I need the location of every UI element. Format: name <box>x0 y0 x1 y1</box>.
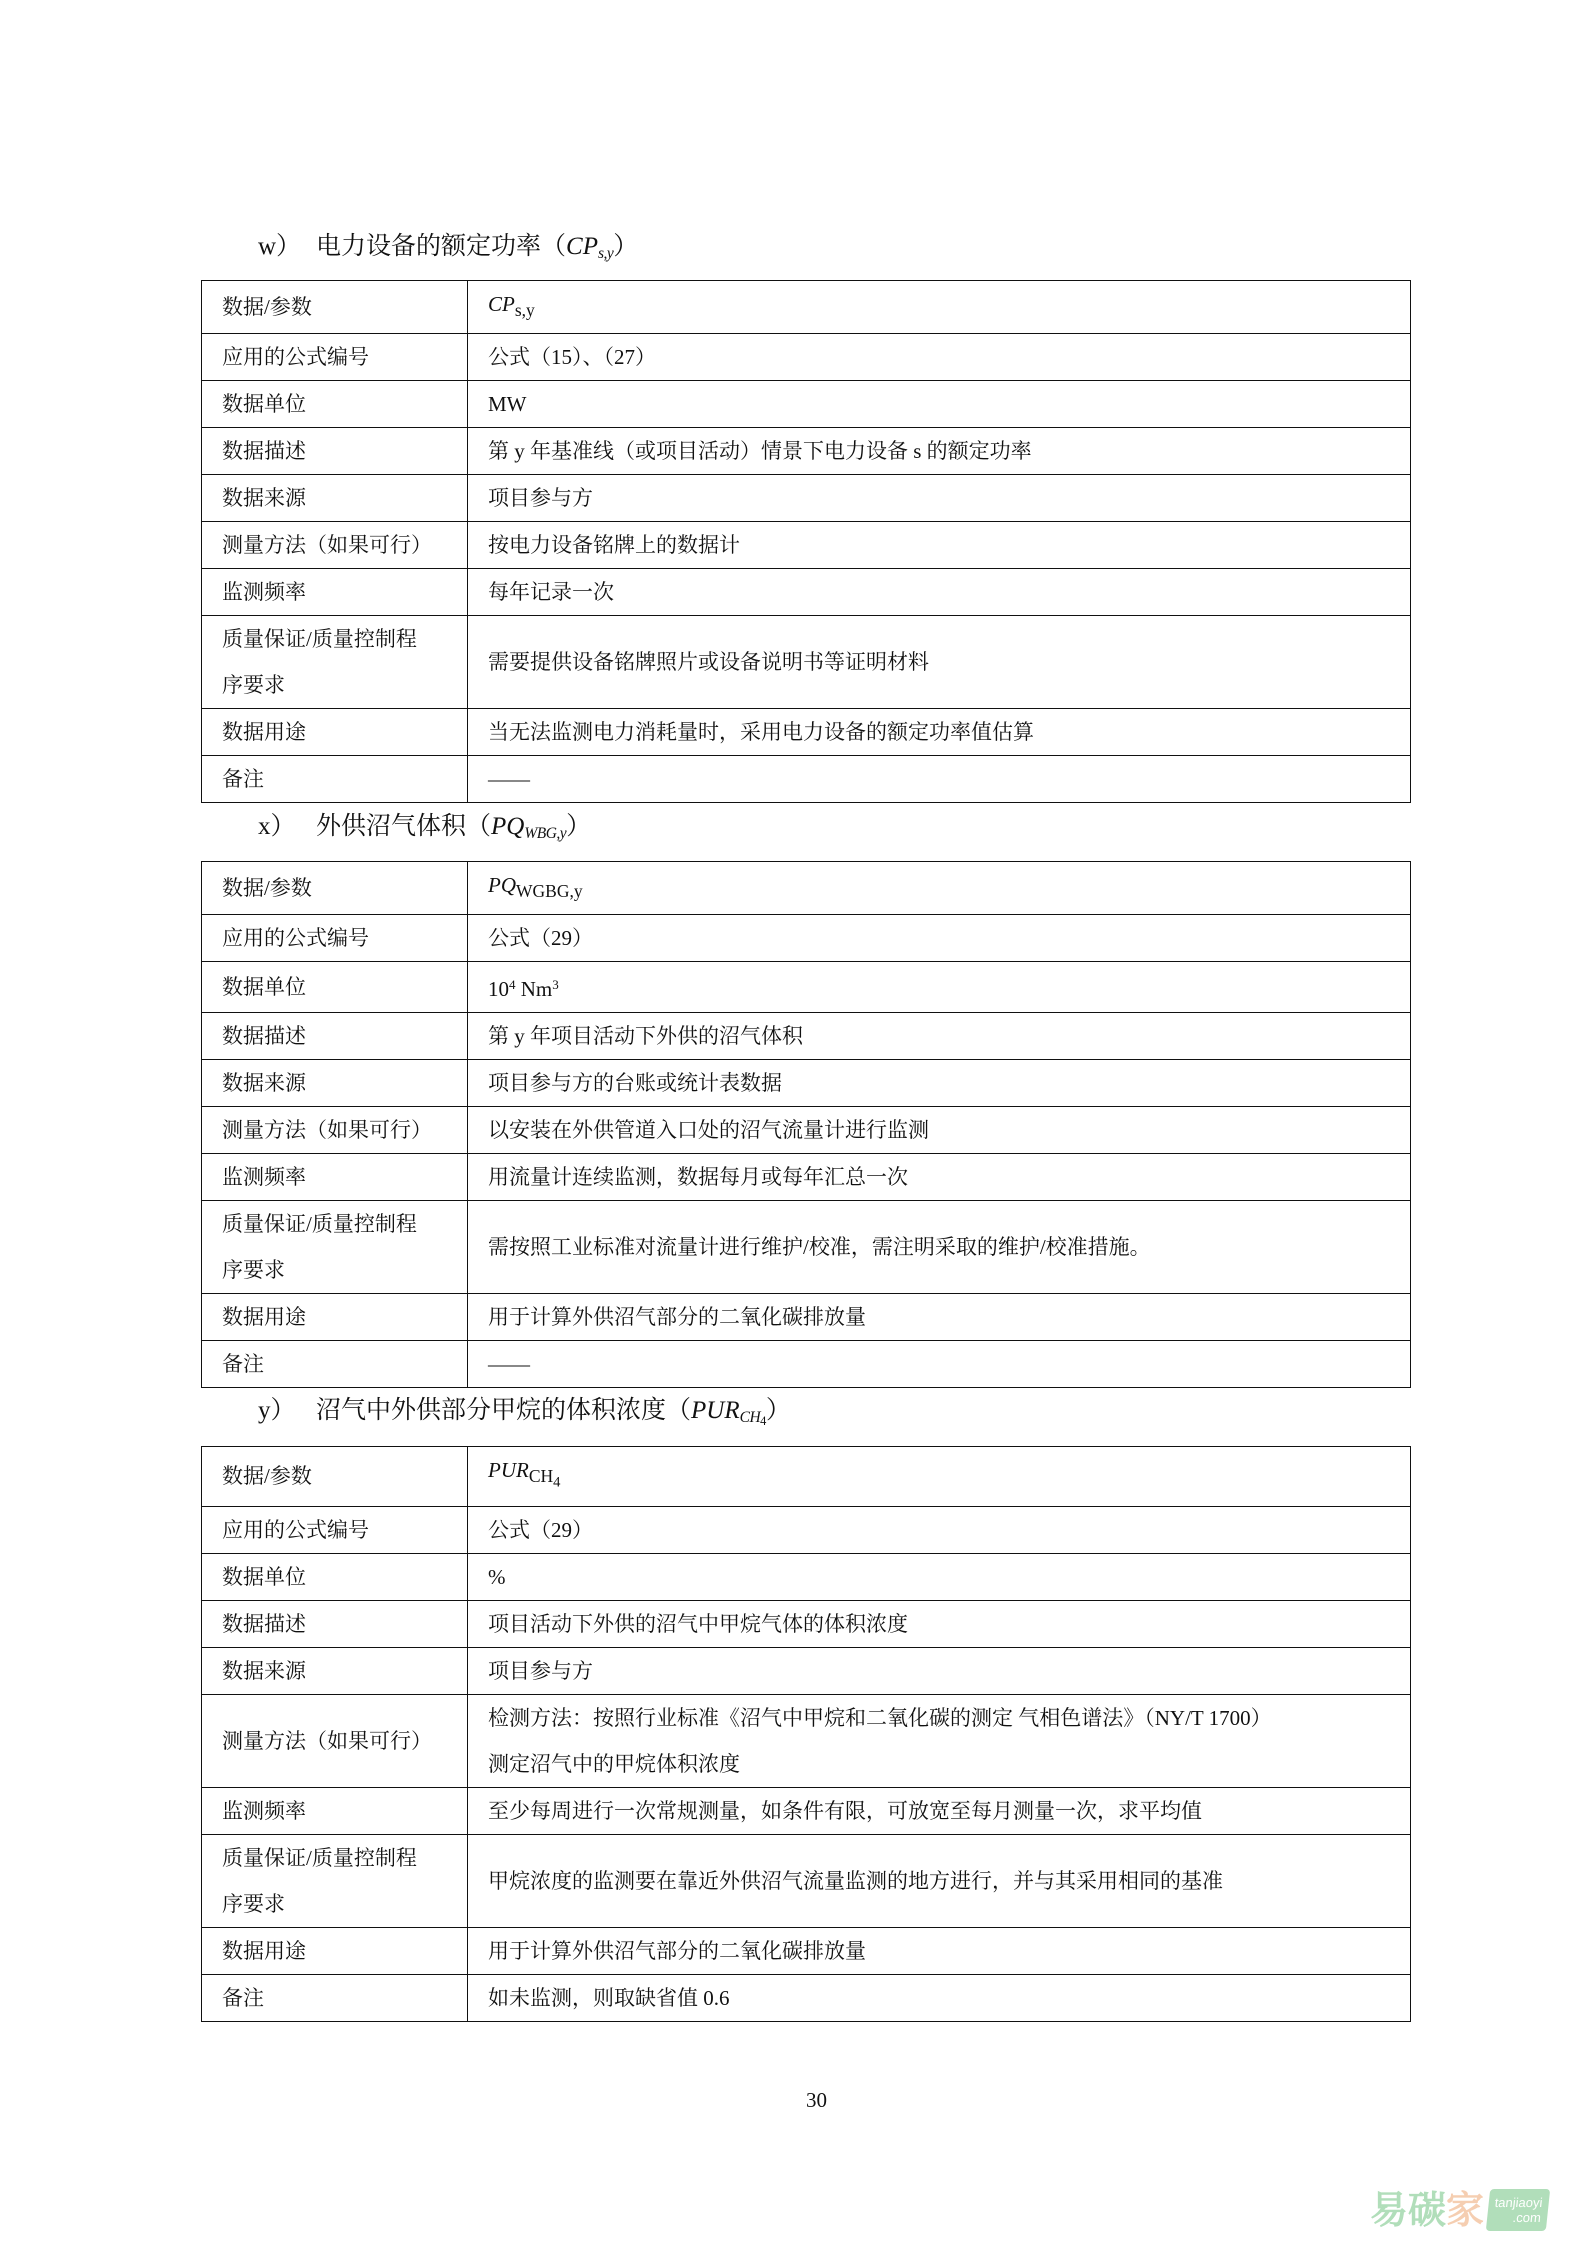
section-title: 外供沼气体积（ <box>316 813 491 840</box>
table-row: 数据单位 % <box>202 1553 1411 1600</box>
section-title: 沼气中外供部分甲烷的体积浓度（ <box>316 1397 691 1424</box>
table-row: 数据用途 当无法监测电力消耗量时，采用电力设备的额定功率值估算 <box>202 709 1411 756</box>
row-key-line: 质量保证/质量控制程 <box>222 616 467 662</box>
row-value: 以安装在外供管道入口处的沼气流量计进行监测 <box>468 1107 1411 1154</box>
table-row: 备注 如未监测，则取缺省值 0.6 <box>202 1974 1411 2021</box>
row-key: 数据用途 <box>202 1294 468 1341</box>
row-value: 检测方法：按照行业标准《沼气中甲烷和二氧化碳的测定 气相色谱法》（NY/T 17… <box>468 1694 1411 1787</box>
row-value: 104 Nm3 <box>468 962 1411 1013</box>
row-value: 项目参与方 <box>468 475 1411 522</box>
row-value: 公式（29） <box>468 1506 1411 1553</box>
unit-base: 10 <box>488 977 509 1001</box>
watermark-badge-line: tanjiaoyi <box>1494 2195 1543 2210</box>
row-key-line: 序要求 <box>222 662 467 708</box>
table-row: 数据来源 项目参与方 <box>202 475 1411 522</box>
table-row: 数据描述 第 y 年项目活动下外供的沼气体积 <box>202 1013 1411 1060</box>
row-key: 应用的公式编号 <box>202 915 468 962</box>
row-key: 监测频率 <box>202 569 468 616</box>
table-row: 数据/参数 PURCH4 <box>202 1447 1411 1507</box>
table-row: 监测频率 用流量计连续监测，数据每月或每年汇总一次 <box>202 1154 1411 1201</box>
row-key: 数据描述 <box>202 428 468 475</box>
section-title-close: ） <box>613 233 638 260</box>
row-value: 甲烷浓度的监测要在靠近外供沼气流量监测的地方进行，并与其采用相同的基准 <box>468 1834 1411 1927</box>
table-row: 应用的公式编号 公式（29） <box>202 1506 1411 1553</box>
watermark-logo: 易 碳 家 tanjiaoyi .com <box>1370 2180 1585 2240</box>
section-heading-y: y）沼气中外供部分甲烷的体积浓度（PURCH4） <box>258 1396 791 1436</box>
table-row: 监测频率 每年记录一次 <box>202 569 1411 616</box>
row-value: MW <box>468 381 1411 428</box>
row-value: 按电力设备铭牌上的数据计 <box>468 522 1411 569</box>
row-key: 数据/参数 <box>202 862 468 915</box>
table-row: 备注 —— <box>202 1341 1411 1388</box>
section-symbol: PQ <box>491 813 524 840</box>
table-row: 数据来源 项目参与方 <box>202 1647 1411 1694</box>
row-value: 需按照工业标准对流量计进行维护/校准，需注明采取的维护/校准措施。 <box>468 1201 1411 1294</box>
row-key: 数据用途 <box>202 709 468 756</box>
row-key: 质量保证/质量控制程序要求 <box>202 1834 468 1927</box>
table-row: 监测频率 至少每周进行一次常规测量，如条件有限，可放宽至每月测量一次，求平均值 <box>202 1787 1411 1834</box>
parameter-table-cp: 数据/参数 CPs,y 应用的公式编号 公式（15）、（27） 数据单位 MW … <box>201 280 1411 803</box>
parameter-subscript: s,y <box>515 300 535 320</box>
unit-name: Nm <box>516 977 553 1001</box>
section-symbol: PUR <box>691 1397 740 1424</box>
section-subscript-text: CH <box>740 1409 761 1426</box>
row-key: 应用的公式编号 <box>202 334 468 381</box>
row-key: 质量保证/质量控制程序要求 <box>202 1201 468 1294</box>
row-key: 数据描述 <box>202 1600 468 1647</box>
table-row: 质量保证/质量控制程序要求 需按照工业标准对流量计进行维护/校准，需注明采取的维… <box>202 1201 1411 1294</box>
table-row: 数据来源 项目参与方的台账或统计表数据 <box>202 1060 1411 1107</box>
section-title-close: ） <box>566 813 591 840</box>
row-value: 项目活动下外供的沼气中甲烷气体的体积浓度 <box>468 1600 1411 1647</box>
row-key: 质量保证/质量控制程序要求 <box>202 616 468 709</box>
section-title: 电力设备的额定功率（ <box>316 233 566 260</box>
parameter-subscript-text: CH <box>529 1466 553 1486</box>
parameter-symbol: PUR <box>488 1458 529 1482</box>
row-value: 如未监测，则取缺省值 0.6 <box>468 1974 1411 2021</box>
parameter-symbol: CP <box>488 292 515 316</box>
row-key: 数据单位 <box>202 1553 468 1600</box>
section-label: y） <box>258 1396 316 1426</box>
row-key: 应用的公式编号 <box>202 1506 468 1553</box>
row-value: 公式（29） <box>468 915 1411 962</box>
row-key: 数据/参数 <box>202 1447 468 1507</box>
row-key: 监测频率 <box>202 1787 468 1834</box>
table-row: 数据单位 104 Nm3 <box>202 962 1411 1013</box>
row-key: 数据来源 <box>202 1647 468 1694</box>
row-value: 用流量计连续监测，数据每月或每年汇总一次 <box>468 1154 1411 1201</box>
parameter-subscript: WGBG,y <box>516 881 583 901</box>
row-key-line: 序要求 <box>222 1247 467 1293</box>
watermark-badge-line: .com <box>1492 2210 1541 2225</box>
row-key: 测量方法（如果可行） <box>202 522 468 569</box>
row-key: 备注 <box>202 756 468 803</box>
table-row: 质量保证/质量控制程序要求 甲烷浓度的监测要在靠近外供沼气流量监测的地方进行，并… <box>202 1834 1411 1927</box>
row-value: 第 y 年基准线（或项目活动）情景下电力设备 s 的额定功率 <box>468 428 1411 475</box>
section-label: x） <box>258 812 316 842</box>
watermark-char: 易 <box>1370 2180 1408 2240</box>
table-row: 质量保证/质量控制程序要求 需要提供设备铭牌照片或设备说明书等证明材料 <box>202 616 1411 709</box>
table-row: 应用的公式编号 公式（15）、（27） <box>202 334 1411 381</box>
row-value: 公式（15）、（27） <box>468 334 1411 381</box>
row-key: 数据用途 <box>202 1927 468 1974</box>
row-key: 测量方法（如果可行） <box>202 1694 468 1787</box>
table-row: 数据用途 用于计算外供沼气部分的二氧化碳排放量 <box>202 1927 1411 1974</box>
unit-exponent: 3 <box>552 977 559 992</box>
row-key: 备注 <box>202 1341 468 1388</box>
watermark-char: 家 <box>1446 2180 1484 2240</box>
row-value: —— <box>468 756 1411 803</box>
row-key: 测量方法（如果可行） <box>202 1107 468 1154</box>
section-subscript: WBG,y <box>524 825 566 842</box>
watermark-badge: tanjiaoyi .com <box>1486 2189 1550 2231</box>
row-value: % <box>468 1553 1411 1600</box>
table-row: 测量方法（如果可行） 以安装在外供管道入口处的沼气流量计进行监测 <box>202 1107 1411 1154</box>
row-value: CPs,y <box>468 281 1411 334</box>
section-symbol: CP <box>566 233 598 260</box>
parameter-table-pur: 数据/参数 PURCH4 应用的公式编号 公式（29） 数据单位 % 数据描述 … <box>201 1446 1411 2022</box>
row-value: 用于计算外供沼气部分的二氧化碳排放量 <box>468 1294 1411 1341</box>
section-title-close: ） <box>766 1397 791 1424</box>
parameter-subscript: CH4 <box>529 1466 561 1486</box>
row-value: 需要提供设备铭牌照片或设备说明书等证明材料 <box>468 616 1411 709</box>
table-row: 数据描述 项目活动下外供的沼气中甲烷气体的体积浓度 <box>202 1600 1411 1647</box>
row-value: 项目参与方 <box>468 1647 1411 1694</box>
table-row: 数据用途 用于计算外供沼气部分的二氧化碳排放量 <box>202 1294 1411 1341</box>
row-key: 备注 <box>202 1974 468 2021</box>
row-key: 数据描述 <box>202 1013 468 1060</box>
table-row: 数据单位 MW <box>202 381 1411 428</box>
watermark-char: 碳 <box>1408 2180 1446 2240</box>
row-value: 第 y 年项目活动下外供的沼气体积 <box>468 1013 1411 1060</box>
parameter-subscript-index: 4 <box>553 1475 560 1491</box>
row-value-line: 测定沼气中的甲烷体积浓度 <box>488 1741 1410 1787</box>
section-label: w） <box>258 232 316 262</box>
table-row: 备注 —— <box>202 756 1411 803</box>
table-row: 数据描述 第 y 年基准线（或项目活动）情景下电力设备 s 的额定功率 <box>202 428 1411 475</box>
section-heading-w: w）电力设备的额定功率（CPs,y） <box>258 232 638 269</box>
section-subscript: CH4 <box>740 1409 766 1426</box>
table-row: 数据/参数 PQWGBG,y <box>202 862 1411 915</box>
section-subscript: s,y <box>598 245 613 262</box>
parameter-symbol: PQ <box>488 873 516 897</box>
row-value: 项目参与方的台账或统计表数据 <box>468 1060 1411 1107</box>
row-key: 数据单位 <box>202 381 468 428</box>
row-key: 数据单位 <box>202 962 468 1013</box>
page-number: 30 <box>806 2088 827 2113</box>
table-row: 应用的公式编号 公式（29） <box>202 915 1411 962</box>
row-key: 监测频率 <box>202 1154 468 1201</box>
row-value: 当无法监测电力消耗量时，采用电力设备的额定功率值估算 <box>468 709 1411 756</box>
row-key-line: 质量保证/质量控制程 <box>222 1835 467 1881</box>
row-key-line: 质量保证/质量控制程 <box>222 1201 467 1247</box>
row-value: PURCH4 <box>468 1447 1411 1507</box>
table-row: 数据/参数 CPs,y <box>202 281 1411 334</box>
row-value: 用于计算外供沼气部分的二氧化碳排放量 <box>468 1927 1411 1974</box>
row-value: 每年记录一次 <box>468 569 1411 616</box>
table-row: 测量方法（如果可行） 按电力设备铭牌上的数据计 <box>202 522 1411 569</box>
section-heading-x: x）外供沼气体积（PQWBG,y） <box>258 812 591 849</box>
table-row: 测量方法（如果可行） 检测方法：按照行业标准《沼气中甲烷和二氧化碳的测定 气相色… <box>202 1694 1411 1787</box>
row-key-line: 序要求 <box>222 1881 467 1927</box>
row-value: PQWGBG,y <box>468 862 1411 915</box>
row-value: —— <box>468 1341 1411 1388</box>
parameter-table-pq: 数据/参数 PQWGBG,y 应用的公式编号 公式（29） 数据单位 104 N… <box>201 861 1411 1388</box>
row-key: 数据来源 <box>202 1060 468 1107</box>
row-key: 数据/参数 <box>202 281 468 334</box>
row-key: 数据来源 <box>202 475 468 522</box>
row-value-line: 检测方法：按照行业标准《沼气中甲烷和二氧化碳的测定 气相色谱法》（NY/T 17… <box>488 1695 1410 1741</box>
row-value: 至少每周进行一次常规测量，如条件有限，可放宽至每月测量一次，求平均值 <box>468 1787 1411 1834</box>
